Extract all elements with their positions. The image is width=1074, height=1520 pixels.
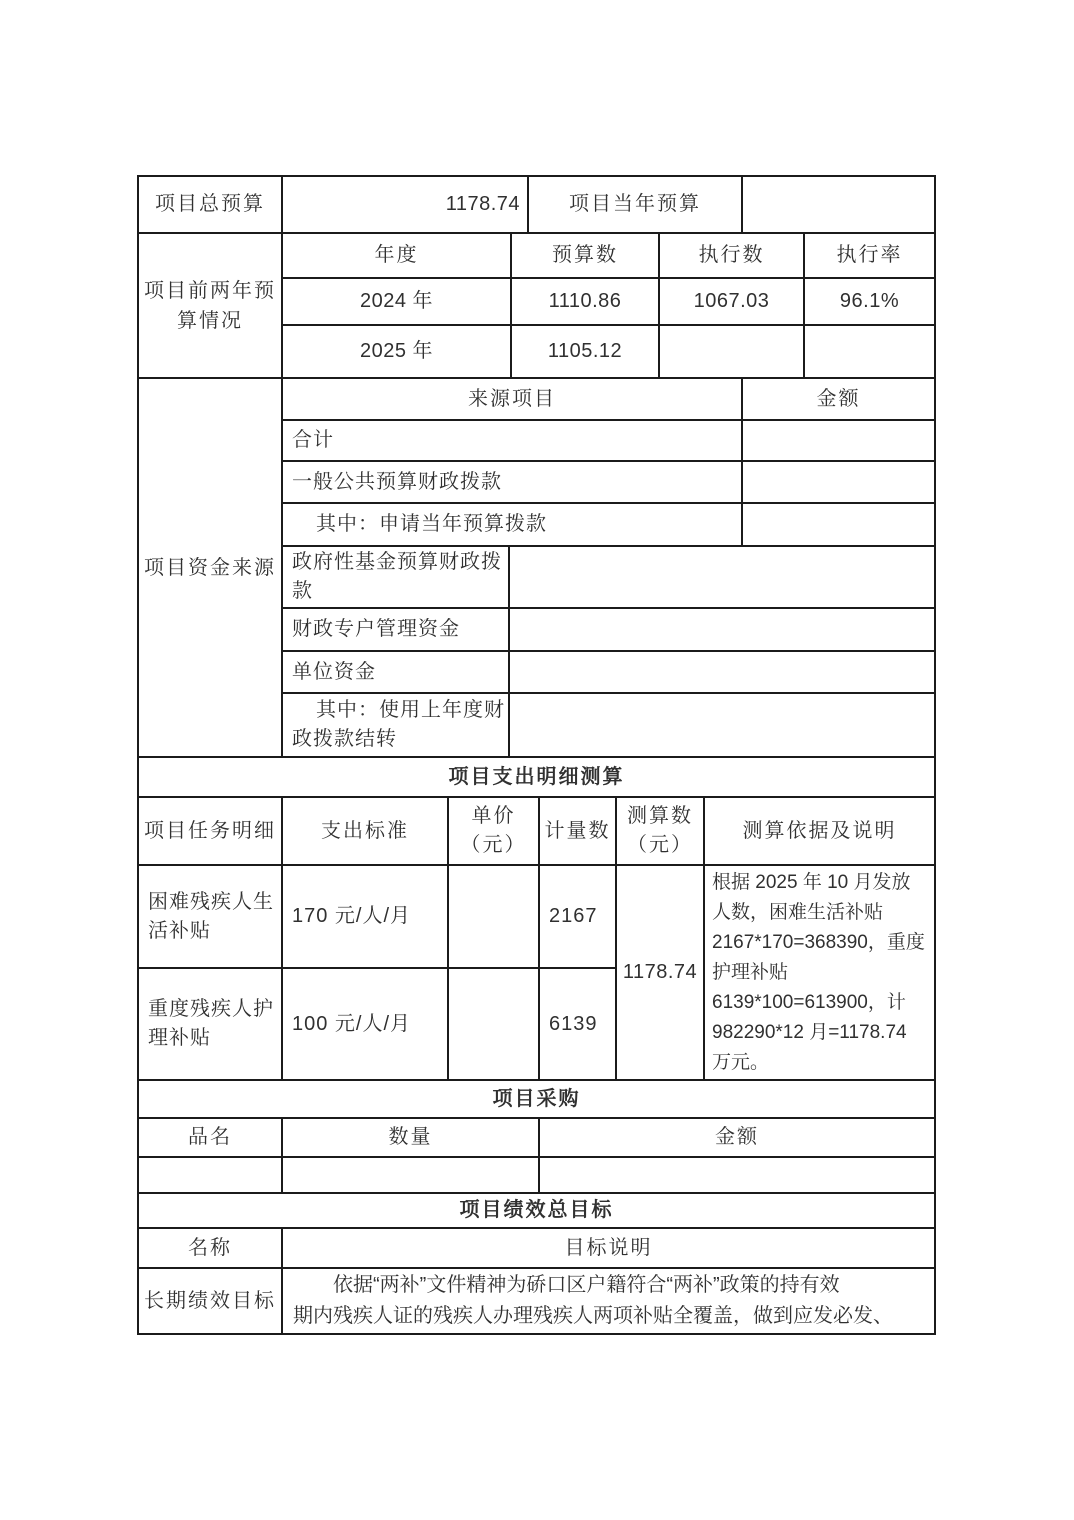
item-amount-cell — [540, 1158, 934, 1192]
current-year-budget-label: 项目当年预算 — [531, 190, 739, 219]
quantity1-cell: 2167 — [540, 866, 617, 967]
rate-2024-cell: 96.1% — [805, 279, 934, 324]
rate-2025-cell — [805, 326, 934, 377]
unit-price2-cell — [449, 969, 540, 1079]
funding-total-value-cell — [743, 421, 934, 460]
execution-header-cell: 执行数 — [660, 234, 805, 277]
amount-header-cell: 金额 — [743, 379, 934, 419]
funding-general-label: 一般公共预算财政拨款 — [285, 468, 739, 497]
funding-special-label: 财政专户管理资金 — [285, 615, 506, 644]
funding-apply-label: 其中：申请当年预算拨款 — [285, 510, 739, 539]
performance-longterm-row: 长期绩效目标 依据“两补”文件精神为硚口区户籍符合“两补”政策的持有效 期内残疾… — [139, 1269, 934, 1333]
budget-2025-cell: 1105.12 — [512, 326, 660, 377]
performance-title: 项目绩效总目标 — [141, 1196, 932, 1225]
item-quantity-header-cell: 数量 — [283, 1119, 540, 1156]
expense-title-row: 项目支出明细测算 — [139, 758, 934, 798]
longterm-goal-name-cell: 长期绩效目标 — [139, 1269, 283, 1333]
budget-header-cell: 预算数 — [512, 234, 660, 277]
amount-header: 金额 — [745, 385, 932, 414]
item-name-header: 品名 — [141, 1123, 279, 1152]
budget-table: 项目总预算 1178.74 项目当年预算 项目前两年预算情况 年度 预算数 — [137, 175, 936, 1335]
execution-2024: 1067.03 — [662, 287, 801, 316]
expense-title-cell: 项目支出明细测算 — [139, 758, 934, 796]
unit-price1-cell — [449, 866, 540, 967]
task2-label: 重度残疾人护理补贴 — [141, 995, 279, 1053]
previous-years-label: 项目前两年预算情况 — [141, 276, 279, 336]
budget-2024-cell: 1110.86 — [512, 279, 660, 324]
funding-govfund-label: 政府性基金预算财政拨款 — [285, 548, 506, 606]
standard1-value: 170 元/人/月 — [285, 902, 445, 931]
basis-merged-cell: 根据 2025 年 10 月发放 人数，困难生活补贴 2167*170=3683… — [705, 866, 934, 1079]
source-header: 来源项目 — [285, 385, 739, 414]
item-name-cell — [139, 1158, 283, 1192]
quantity-header-cell: 计量数 — [540, 798, 617, 864]
funding-section: 项目资金来源 来源项目 金额 合计 一般公共预 — [139, 379, 934, 758]
longterm-goal-desc: 依据“两补”文件精神为硚口区户籍符合“两补”政策的持有效 期内残疾人证的残疾人办… — [285, 1270, 932, 1332]
calc-total-merged-cell: 1178.74 — [617, 866, 705, 1079]
standard2-value: 100 元/人/月 — [285, 1010, 445, 1039]
funding-carryover-label: 其中：使用上年度财政拨款结转 — [285, 696, 506, 754]
funding-row-general: 一般公共预算财政拨款 — [283, 462, 934, 504]
expense-row-living-subsidy: 困难残疾人生活补贴 170 元/人/月 2167 — [139, 866, 617, 969]
task2-cell: 重度残疾人护理补贴 — [139, 969, 283, 1079]
previous-years-section: 项目前两年预算情况 年度 预算数 执行数 执行率 2024 年 — [139, 234, 934, 379]
funding-general-value-cell — [743, 462, 934, 502]
total-budget-value: 1178.74 — [285, 190, 525, 219]
procurement-title: 项目采购 — [141, 1085, 932, 1114]
goal-desc-header: 目标说明 — [285, 1234, 932, 1263]
performance-header-row: 名称 目标说明 — [139, 1229, 934, 1269]
item-quantity-header: 数量 — [285, 1123, 536, 1152]
standard-header: 支出标准 — [285, 817, 445, 846]
performance-title-row: 项目绩效总目标 — [139, 1194, 934, 1229]
goal-name-header-cell: 名称 — [139, 1229, 283, 1267]
longterm-goal-name: 长期绩效目标 — [141, 1287, 279, 1316]
basis-header: 测算依据及说明 — [707, 817, 932, 846]
calc-total-header-cell: 测算数 （元） — [617, 798, 705, 864]
funding-carryover-label-cell: 其中：使用上年度财政拨款结转 — [283, 694, 510, 756]
standard2-cell: 100 元/人/月 — [283, 969, 449, 1079]
funding-total-label: 合计 — [285, 426, 739, 455]
funding-govfund-value-cell — [510, 547, 934, 607]
current-year-budget-value-cell — [743, 177, 934, 232]
budget-header: 预算数 — [514, 241, 656, 270]
execution-rate-header: 执行率 — [807, 241, 932, 270]
unit-price-header: 单价 （元） — [451, 802, 536, 860]
performance-title-cell: 项目绩效总目标 — [139, 1194, 934, 1227]
current-year-budget-label-cell: 项目当年预算 — [529, 177, 743, 232]
procurement-title-cell: 项目采购 — [139, 1081, 934, 1117]
basis-header-cell: 测算依据及说明 — [705, 798, 934, 864]
funding-special-value-cell — [510, 609, 934, 650]
execution-header: 执行数 — [662, 241, 801, 270]
source-header-cell: 来源项目 — [283, 379, 743, 419]
funding-row-total: 合计 — [283, 421, 934, 462]
execution-rate-header-cell: 执行率 — [805, 234, 934, 277]
year-2024: 2024 年 — [285, 287, 508, 316]
funding-unit-value-cell — [510, 652, 934, 692]
unit-price-header-cell: 单价 （元） — [449, 798, 540, 864]
expense-header-row: 项目任务明细 支出标准 单价 （元） 计量数 测算数 （元） 测算依据及说明 — [139, 798, 934, 866]
item-amount-header: 金额 — [542, 1123, 932, 1152]
task-header-cell: 项目任务明细 — [139, 798, 283, 864]
funding-row-current-apply: 其中：申请当年预算拨款 — [283, 504, 934, 547]
item-quantity-cell — [283, 1158, 540, 1192]
calc-total-header: 测算数 （元） — [619, 802, 701, 860]
year-2025-row: 2025 年 1105.12 — [283, 326, 934, 377]
execution-2024-cell: 1067.03 — [660, 279, 805, 324]
quantity1-value: 2167 — [542, 902, 613, 931]
longterm-goal-desc-cell: 依据“两补”文件精神为硚口区户籍符合“两补”政策的持有效 期内残疾人证的残疾人办… — [283, 1269, 934, 1333]
previous-years-header-row: 年度 预算数 执行数 执行率 — [283, 234, 934, 279]
execution-2025-cell — [660, 326, 805, 377]
funding-general-label-cell: 一般公共预算财政拨款 — [283, 462, 743, 502]
quantity2-value: 6139 — [542, 1010, 613, 1039]
item-amount-header-cell: 金额 — [540, 1119, 934, 1156]
budget-2025: 1105.12 — [514, 337, 656, 366]
quantity-header: 计量数 — [542, 817, 613, 846]
standard1-cell: 170 元/人/月 — [283, 866, 449, 967]
year-header: 年度 — [285, 241, 508, 270]
funding-label: 项目资金来源 — [141, 553, 279, 583]
goal-name-header: 名称 — [141, 1234, 279, 1263]
funding-total-label-cell: 合计 — [283, 421, 743, 460]
calc-total-value: 1178.74 — [619, 958, 701, 987]
procurement-empty-row — [139, 1158, 934, 1194]
total-budget-label-cell: 项目总预算 — [139, 177, 283, 232]
total-budget-label: 项目总预算 — [141, 190, 279, 219]
funding-unit-label-cell: 单位资金 — [283, 652, 510, 692]
funding-unit-label: 单位资金 — [285, 658, 506, 687]
quantity2-cell: 6139 — [540, 969, 617, 1079]
expense-body: 困难残疾人生活补贴 170 元/人/月 2167 重度残疾人护理补贴 100 元… — [139, 866, 934, 1081]
goal-desc-header-cell: 目标说明 — [283, 1229, 934, 1267]
funding-row-govfund: 政府性基金预算财政拨款 — [283, 547, 934, 609]
year-2025: 2025 年 — [285, 337, 508, 366]
funding-row-unit-fund: 单位资金 — [283, 652, 934, 694]
year-2024-row: 2024 年 1110.86 1067.03 96.1% — [283, 279, 934, 326]
funding-apply-value-cell — [743, 504, 934, 545]
funding-row-special-account: 财政专户管理资金 — [283, 609, 934, 652]
total-budget-value-cell: 1178.74 — [283, 177, 529, 232]
task1-cell: 困难残疾人生活补贴 — [139, 866, 283, 967]
procurement-title-row: 项目采购 — [139, 1081, 934, 1119]
funding-row-carryover: 其中：使用上年度财政拨款结转 — [283, 694, 934, 756]
budget-2024: 1110.86 — [514, 287, 656, 316]
standard-header-cell: 支出标准 — [283, 798, 449, 864]
funding-apply-label-cell: 其中：申请当年预算拨款 — [283, 504, 743, 545]
expense-row-nursing-subsidy: 重度残疾人护理补贴 100 元/人/月 6139 — [139, 969, 617, 1079]
total-budget-row: 项目总预算 1178.74 项目当年预算 — [139, 177, 934, 234]
expense-title: 项目支出明细测算 — [141, 763, 932, 792]
funding-govfund-label-cell: 政府性基金预算财政拨款 — [283, 547, 510, 607]
item-name-header-cell: 品名 — [139, 1119, 283, 1156]
funding-header-row: 来源项目 金额 — [283, 379, 934, 421]
year-header-cell: 年度 — [283, 234, 512, 277]
funding-carryover-value-cell — [510, 694, 934, 756]
basis-text: 根据 2025 年 10 月发放 人数，困难生活补贴 2167*170=3683… — [707, 868, 932, 1078]
year-2025-cell: 2025 年 — [283, 326, 512, 377]
funding-special-label-cell: 财政专户管理资金 — [283, 609, 510, 650]
procurement-header-row: 品名 数量 金额 — [139, 1119, 934, 1158]
funding-label-cell: 项目资金来源 — [139, 379, 283, 756]
year-2024-cell: 2024 年 — [283, 279, 512, 324]
previous-years-label-cell: 项目前两年预算情况 — [139, 234, 283, 377]
rate-2024: 96.1% — [807, 287, 932, 316]
task1-label: 困难残疾人生活补贴 — [141, 888, 279, 946]
task-header: 项目任务明细 — [141, 817, 279, 846]
